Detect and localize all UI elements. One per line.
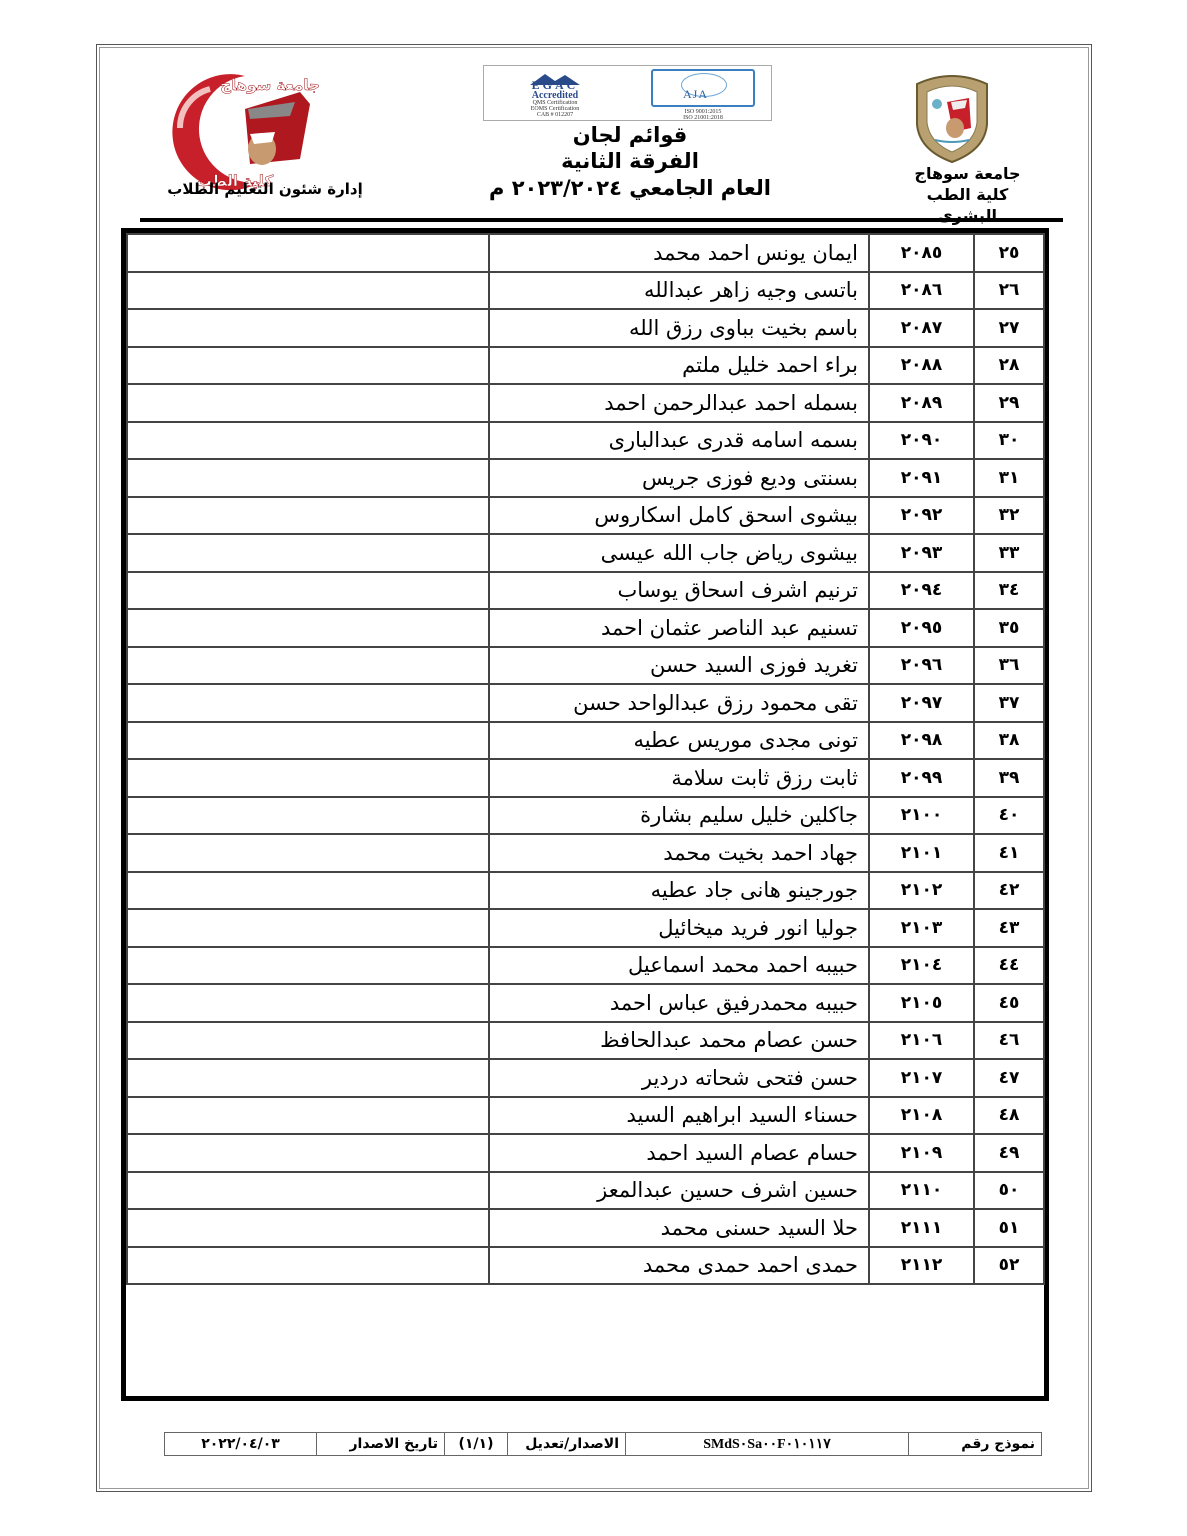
- serial-cell: ٤٧: [974, 1059, 1044, 1097]
- university-name: جامعة سوهاج: [895, 163, 1040, 184]
- serial-cell: ٢٧: [974, 309, 1044, 347]
- header-divider: [140, 218, 1063, 222]
- seat-number-cell: ٢٠٨٧: [869, 309, 974, 347]
- serial-cell: ٣٢: [974, 497, 1044, 535]
- title-academic-year: العام الجامعي ٢٠٢٣/٢٠٢٤ م: [440, 174, 820, 202]
- table-row: ٣٨٢٠٩٨تونى مجدى موريس عطيه: [127, 722, 1044, 760]
- serial-cell: ٤١: [974, 834, 1044, 872]
- seat-number-cell: ٢١١٢: [869, 1247, 974, 1285]
- signature-cell: [127, 497, 489, 535]
- student-name-cell: تونى مجدى موريس عطيه: [489, 722, 869, 760]
- signature-cell: [127, 909, 489, 947]
- seat-number-cell: ٢١٠٤: [869, 947, 974, 985]
- seat-number-cell: ٢٠٨٦: [869, 272, 974, 310]
- seat-number-cell: ٢٠٨٨: [869, 347, 974, 385]
- table-row: ٣٥٢٠٩٥تسنيم عبد الناصر عثمان احمد: [127, 609, 1044, 647]
- student-name-cell: بسمه اسامه قدرى عبدالبارى: [489, 422, 869, 460]
- seat-number-cell: ٢٠٩١: [869, 459, 974, 497]
- student-name-cell: باسم بخيت بباوى رزق الله: [489, 309, 869, 347]
- student-name-cell: بسمله احمد عبدالرحمن احمد: [489, 384, 869, 422]
- title-committee-lists: قوائم لجان: [440, 122, 820, 148]
- serial-cell: ٢٩: [974, 384, 1044, 422]
- signature-cell: [127, 422, 489, 460]
- seat-number-cell: ٢٠٩٢: [869, 497, 974, 535]
- signature-cell: [127, 572, 489, 610]
- table-row: ٤٣٢١٠٣جوليا انور فريد ميخائيل: [127, 909, 1044, 947]
- signature-cell: [127, 984, 489, 1022]
- student-name-cell: تقى محمود رزق عبدالواحد حسن: [489, 684, 869, 722]
- student-name-cell: براء احمد خليل ملتم: [489, 347, 869, 385]
- revision-label: الاصدار/تعديل: [508, 1433, 626, 1456]
- seat-number-cell: ٢١٠٠: [869, 797, 974, 835]
- table-row: ٣٢٢٠٩٢بيشوى اسحق كامل اسكاروس: [127, 497, 1044, 535]
- signature-cell: [127, 1209, 489, 1247]
- signature-cell: [127, 834, 489, 872]
- table-row: ٤٥٢١٠٥حبيبه محمدرفيق عباس احمد: [127, 984, 1044, 1022]
- serial-cell: ٣٣: [974, 534, 1044, 572]
- seat-number-cell: ٢٠٩٣: [869, 534, 974, 572]
- signature-cell: [127, 384, 489, 422]
- student-name-cell: جهاد احمد بخيت محمد: [489, 834, 869, 872]
- student-name-cell: تغريد فوزى السيد حسن: [489, 647, 869, 685]
- serial-cell: ٣٦: [974, 647, 1044, 685]
- serial-cell: ٣٤: [974, 572, 1044, 610]
- signature-cell: [127, 1172, 489, 1210]
- seat-number-cell: ٢١٠١: [869, 834, 974, 872]
- signature-cell: [127, 722, 489, 760]
- table-row: ٣٩٢٠٩٩ثابت رزق ثابت سلامة: [127, 759, 1044, 797]
- signature-cell: [127, 309, 489, 347]
- serial-cell: ٣٥: [974, 609, 1044, 647]
- table-row: ٢٧٢٠٨٧باسم بخيت بباوى رزق الله: [127, 309, 1044, 347]
- serial-cell: ٢٨: [974, 347, 1044, 385]
- seat-number-cell: ٢١٠٥: [869, 984, 974, 1022]
- seat-number-cell: ٢١٠٢: [869, 872, 974, 910]
- signature-cell: [127, 1134, 489, 1172]
- serial-cell: ٥٢: [974, 1247, 1044, 1285]
- seat-number-cell: ٢٠٩٧: [869, 684, 974, 722]
- serial-cell: ٣١: [974, 459, 1044, 497]
- table-row: ٤٤٢١٠٤حبيبه احمد محمد اسماعيل: [127, 947, 1044, 985]
- table-row: ٢٦٢٠٨٦باتسى وجيه زاهر عبدالله: [127, 272, 1044, 310]
- student-name-cell: ايمان يونس احمد محمد: [489, 234, 869, 272]
- student-name-cell: باتسى وجيه زاهر عبدالله: [489, 272, 869, 310]
- seat-number-cell: ٢١٠٨: [869, 1097, 974, 1135]
- document-title: قوائم لجان الفرقة الثانية العام الجامعي …: [440, 122, 820, 202]
- signature-cell: [127, 797, 489, 835]
- university-seal-logo: [907, 66, 997, 164]
- student-name-cell: بسنتى وديع فوزى جريس: [489, 459, 869, 497]
- student-name-cell: حسن فتحى شحاته دردير: [489, 1059, 869, 1097]
- student-name-cell: ثابت رزق ثابت سلامة: [489, 759, 869, 797]
- seat-number-cell: ٢١١٠: [869, 1172, 974, 1210]
- serial-cell: ٢٦: [974, 272, 1044, 310]
- serial-cell: ٣٠: [974, 422, 1044, 460]
- table-row: ٤٩٢١٠٩حسام عصام السيد احمد: [127, 1134, 1044, 1172]
- serial-cell: ٤٤: [974, 947, 1044, 985]
- table-row: ٣٣٢٠٩٣بيشوى رياض جاب الله عيسى: [127, 534, 1044, 572]
- table-row: ٤٨٢١٠٨حسناء السيد ابراهيم السيد: [127, 1097, 1044, 1135]
- serial-cell: ٥١: [974, 1209, 1044, 1247]
- student-name-cell: جوليا انور فريد ميخائيل: [489, 909, 869, 947]
- signature-cell: [127, 947, 489, 985]
- form-info-footer: نموذج رقم SMdS٠Sa٠٠F٠١٠١١٧ الاصدار/تعديل…: [164, 1432, 1042, 1456]
- table-row: ٥٢٢١١٢حمدى احمد حمدى محمد: [127, 1247, 1044, 1285]
- table-row: ٢٨٢٠٨٨براء احمد خليل ملتم: [127, 347, 1044, 385]
- table-row: ٤٧٢١٠٧حسن فتحى شحاته دردير: [127, 1059, 1044, 1097]
- issue-date-label: تاريخ الاصدار: [317, 1433, 445, 1456]
- seat-number-cell: ٢٠٩٩: [869, 759, 974, 797]
- student-name-cell: حسن عصام محمد عبدالحافظ: [489, 1022, 869, 1060]
- signature-cell: [127, 272, 489, 310]
- student-name-cell: بيشوى رياض جاب الله عيسى: [489, 534, 869, 572]
- signature-cell: [127, 609, 489, 647]
- seat-number-cell: ٢٠٨٥: [869, 234, 974, 272]
- seat-number-cell: ٢١١١: [869, 1209, 974, 1247]
- serial-cell: ٤٩: [974, 1134, 1044, 1172]
- serial-cell: ٤٦: [974, 1022, 1044, 1060]
- table-row: ٥١٢١١١حلا السيد حسنى محمد: [127, 1209, 1044, 1247]
- department-caption: إدارة شئون التعليم الطلاب: [160, 180, 370, 198]
- roster-table: ٢٥٢٠٨٥ايمان يونس احمد محمد٢٦٢٠٨٦باتسى وج…: [126, 233, 1045, 1285]
- seat-number-cell: ٢٠٨٩: [869, 384, 974, 422]
- student-name-cell: حسناء السيد ابراهيم السيد: [489, 1097, 869, 1135]
- table-row: ٣١٢٠٩١بسنتى وديع فوزى جريس: [127, 459, 1044, 497]
- title-year-level: الفرقة الثانية: [440, 148, 820, 174]
- form-number-value: SMdS٠Sa٠٠F٠١٠١١٧: [626, 1433, 909, 1456]
- signature-cell: [127, 534, 489, 572]
- signature-cell: [127, 459, 489, 497]
- signature-cell: [127, 759, 489, 797]
- table-row: ٢٥٢٠٨٥ايمان يونس احمد محمد: [127, 234, 1044, 272]
- student-name-cell: بيشوى اسحق كامل اسكاروس: [489, 497, 869, 535]
- seat-number-cell: ٢٠٩٤: [869, 572, 974, 610]
- table-row: ٤٠٢١٠٠جاكلين خليل سليم بشارة: [127, 797, 1044, 835]
- issue-date-value: ٢٠٢٢/٠٤/٠٣: [165, 1433, 317, 1456]
- egac-accreditation-logo: EGAC Accredited QMS Certification EOMS C…: [488, 68, 622, 118]
- seat-number-cell: ٢٠٩٨: [869, 722, 974, 760]
- serial-cell: ٤٠: [974, 797, 1044, 835]
- signature-cell: [127, 684, 489, 722]
- revision-value: (١/١): [445, 1433, 508, 1456]
- certification-banner: EGAC Accredited QMS Certification EOMS C…: [483, 65, 772, 121]
- student-name-cell: حبيبه احمد محمد اسماعيل: [489, 947, 869, 985]
- student-name-cell: جورجينو هانى جاد عطيه: [489, 872, 869, 910]
- student-name-cell: حبيبه محمدرفيق عباس احمد: [489, 984, 869, 1022]
- student-name-cell: حمدى احمد حمدى محمد: [489, 1247, 869, 1285]
- serial-cell: ٤٥: [974, 984, 1044, 1022]
- table-row: ٤٢٢١٠٢جورجينو هانى جاد عطيه: [127, 872, 1044, 910]
- table-row: ٣٧٢٠٩٧تقى محمود رزق عبدالواحد حسن: [127, 684, 1044, 722]
- serial-cell: ٣٧: [974, 684, 1044, 722]
- serial-cell: ٣٨: [974, 722, 1044, 760]
- seat-number-cell: ٢٠٩٥: [869, 609, 974, 647]
- student-name-cell: تسنيم عبد الناصر عثمان احمد: [489, 609, 869, 647]
- serial-cell: ٥٠: [974, 1172, 1044, 1210]
- signature-cell: [127, 1247, 489, 1285]
- seat-number-cell: ٢١٠٣: [869, 909, 974, 947]
- faculty-logo: جامعة سوهاج كلية الطب: [150, 64, 325, 194]
- signature-cell: [127, 1022, 489, 1060]
- seat-number-cell: ٢٠٩٠: [869, 422, 974, 460]
- table-row: ٣٠٢٠٩٠بسمه اسامه قدرى عبدالبارى: [127, 422, 1044, 460]
- student-name-cell: حلا السيد حسنى محمد: [489, 1209, 869, 1247]
- signature-cell: [127, 872, 489, 910]
- seat-number-cell: ٢٠٩٦: [869, 647, 974, 685]
- serial-cell: ٤٣: [974, 909, 1044, 947]
- serial-cell: ٤٢: [974, 872, 1044, 910]
- serial-cell: ٢٥: [974, 234, 1044, 272]
- signature-cell: [127, 1059, 489, 1097]
- serial-cell: ٣٩: [974, 759, 1044, 797]
- table-row: ٤١٢١٠١جهاد احمد بخيت محمد: [127, 834, 1044, 872]
- table-row: ٣٦٢٠٩٦تغريد فوزى السيد حسن: [127, 647, 1044, 685]
- table-row: ٤٦٢١٠٦حسن عصام محمد عبدالحافظ: [127, 1022, 1044, 1060]
- aja-iso-logo: AJA ISO 9001:2015 ISO 21001:2018: [651, 69, 755, 117]
- student-name-cell: حسام عصام السيد احمد: [489, 1134, 869, 1172]
- university-caption: جامعة سوهاج كلية الطب البشرى: [895, 163, 1040, 226]
- seat-number-cell: ٢١٠٧: [869, 1059, 974, 1097]
- signature-cell: [127, 347, 489, 385]
- student-name-cell: جاكلين خليل سليم بشارة: [489, 797, 869, 835]
- table-row: ٥٠٢١١٠حسين اشرف حسين عبدالمعز: [127, 1172, 1044, 1210]
- signature-cell: [127, 234, 489, 272]
- svg-text:جامعة سوهاج: جامعة سوهاج: [220, 76, 320, 94]
- table-row: ٢٩٢٠٨٩بسمله احمد عبدالرحمن احمد: [127, 384, 1044, 422]
- signature-cell: [127, 1097, 489, 1135]
- student-name-cell: ترنيم اشرف اسحاق يوساب: [489, 572, 869, 610]
- signature-cell: [127, 647, 489, 685]
- seat-number-cell: ٢١٠٩: [869, 1134, 974, 1172]
- form-number-label: نموذج رقم: [909, 1433, 1042, 1456]
- table-row: ٣٤٢٠٩٤ترنيم اشرف اسحاق يوساب: [127, 572, 1044, 610]
- student-name-cell: حسين اشرف حسين عبدالمعز: [489, 1172, 869, 1210]
- serial-cell: ٤٨: [974, 1097, 1044, 1135]
- seat-number-cell: ٢١٠٦: [869, 1022, 974, 1060]
